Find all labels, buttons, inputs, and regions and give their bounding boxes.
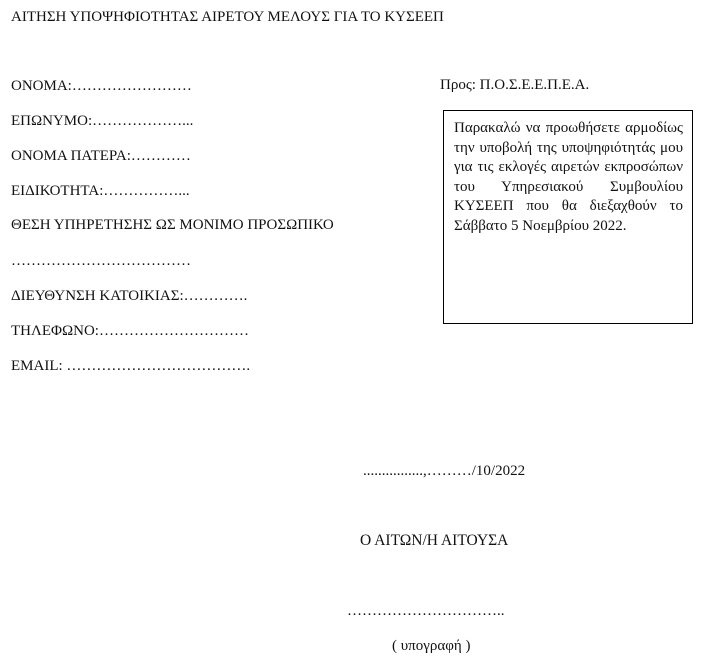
field-specialty[interactable]: ΕΙΔΙΚΟΤΗΤΑ:……………... xyxy=(11,182,190,200)
field-phone[interactable]: ΤΗΛΕΦΩΝΟ:………………………… xyxy=(11,322,249,340)
request-text: Παρακαλώ να προωθήσετε αρμοδίως την υποβ… xyxy=(454,119,683,236)
request-box: Παρακαλώ να προωθήσετε αρμοδίως την υποβ… xyxy=(443,110,693,324)
field-last-name[interactable]: ΕΠΩΝΥΜΟ:………………... xyxy=(11,112,193,130)
field-home-address[interactable]: ΔΙΕΥΘΥΝΣΗ ΚΑΤΟΙΚΙΑΣ:…………. xyxy=(11,287,247,305)
recipient: Προς: Π.Ο.Σ.Ε.Ε.Π.Ε.Α. xyxy=(440,76,589,94)
signature-line[interactable]: ………………………….. xyxy=(347,602,505,620)
date-line[interactable]: ................,………/10/2022 xyxy=(363,462,525,480)
field-service-position-label: ΘΕΣΗ ΥΠΗΡΕΤΗΣΗΣ ΩΣ ΜΟΝΙΜΟ ΠΡΟΣΩΠΙΚΟ xyxy=(11,216,334,234)
document-title: ΑΙΤΗΣΗ ΥΠΟΨΗΦΙΟΤΗΤΑΣ ΑΙΡΕΤΟΥ ΜΕΛΟΥΣ ΓΙΑ … xyxy=(11,8,444,26)
applicant-label: Ο ΑΙΤΩΝ/Η ΑΙΤΟΥΣΑ xyxy=(360,532,508,550)
field-email[interactable]: EMAIL: ………………………………. xyxy=(11,357,250,375)
field-service-position[interactable]: ……………………………… xyxy=(11,252,191,270)
field-father-name[interactable]: ΟΝΟΜΑ ΠΑΤΕΡΑ:………… xyxy=(11,147,191,165)
signature-label: ( υπογραφή ) xyxy=(392,637,470,655)
field-first-name[interactable]: ΟΝΟΜΑ:…………………… xyxy=(11,77,192,95)
